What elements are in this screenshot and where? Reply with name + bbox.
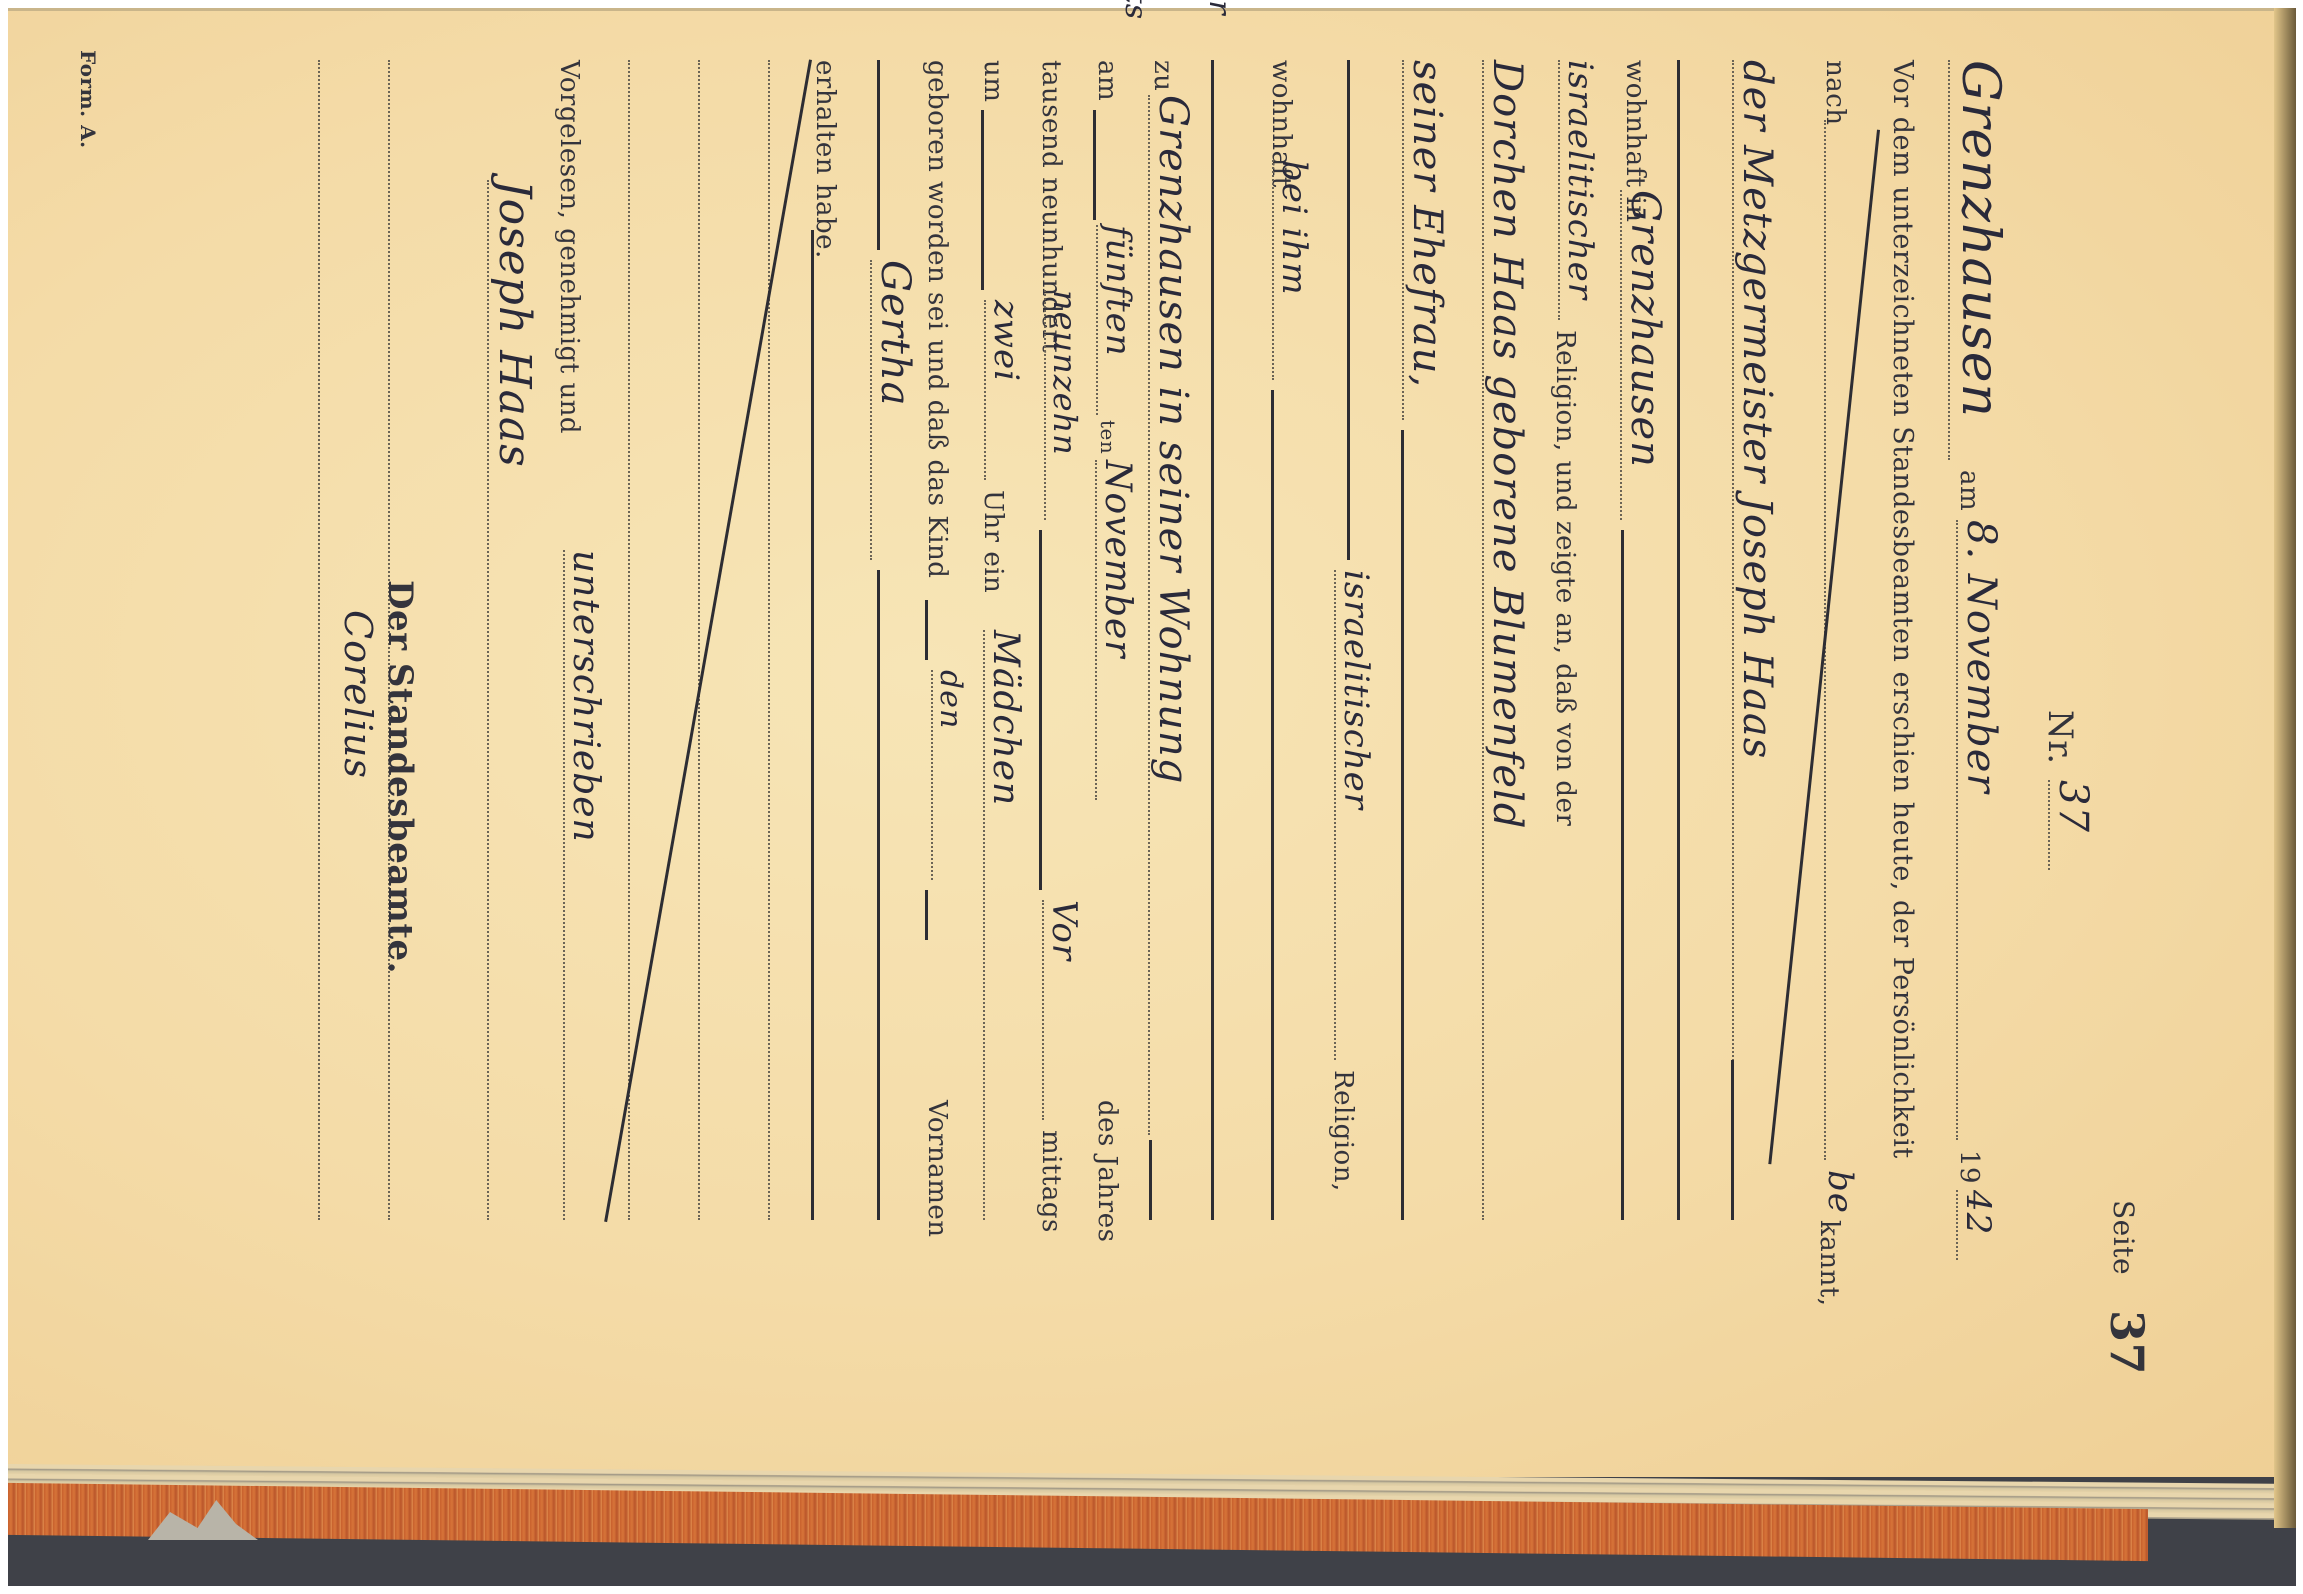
received-statement: erhalten habe. [810, 60, 840, 259]
hour-field: zwei [984, 300, 1026, 480]
date-field: 8. November [1956, 520, 2004, 1140]
place-field: Grenzhausen [1948, 60, 2010, 460]
year-prefix: 19 [1954, 1150, 1984, 1184]
margin-note-2-line: Gemäß Gesetz Nr. 1 des Kontrollrats wird [1072, 0, 1156, 20]
fill-line-full [1211, 60, 1214, 1220]
date-prefix: am [1954, 470, 1984, 511]
birth-place-prefix: zu [1148, 60, 1178, 91]
margin-note-2-line: Höhr-Grenzhausen, den 22. Oktober 1946. [1156, 0, 1240, 20]
fill-line [1621, 530, 1624, 1220]
fill-line [877, 60, 880, 250]
fill-line [1347, 60, 1350, 560]
signed-field: unterschrieben [563, 550, 606, 1220]
born-statement: geboren worden sei und daß das Kind [922, 60, 952, 578]
fill-line [925, 600, 928, 660]
birth-year-field: neunzehn [1044, 290, 1084, 520]
religion-field-1: israelitischer [1558, 60, 1600, 320]
fill-line [1401, 430, 1404, 1220]
margin-note-2-signature-label: Der Standesbeamte: [800, 0, 842, 20]
religion-statement: Religion, und zeigte an, daß von der [1550, 330, 1580, 826]
sex-field: Mädchen [983, 630, 1026, 1220]
margin-note-2-line: der stehende Randvermerk über den [988, 0, 1072, 20]
margin-note-2-line: gelöscht. [862, 0, 904, 20]
birth-month-prefix: ten [1096, 420, 1120, 454]
margin-note-2: Höhr-Grenzhausen, den 22. Oktober 1946. … [716, 0, 1240, 20]
blank-dotline [628, 60, 630, 1220]
child-name-field: Gertha [870, 260, 918, 560]
fill-line [1271, 390, 1274, 1220]
hour-prefix: um [978, 60, 1008, 102]
official-title: Der Standesbeamte. [380, 580, 420, 974]
name-article-field: den [931, 670, 968, 880]
residence2-field: bei ihm [1272, 160, 1314, 380]
identity-label: nach [1820, 60, 1850, 126]
fill-line [877, 570, 880, 1220]
entry-number: 37 [2048, 780, 2096, 870]
spine-shadow [2274, 8, 2296, 1528]
religion-field-2: israelitischer [1334, 570, 1376, 1060]
fill-line [1093, 110, 1096, 220]
margin-note-2-signature: Wer [716, 0, 758, 20]
hour-suffix: Uhr ein [978, 490, 1008, 593]
blank-dotline [318, 60, 320, 1220]
first-names-label: Vornamen [922, 1100, 952, 1238]
year-field: 42 [1956, 1190, 1998, 1260]
official-signature: Corelius [336, 610, 380, 779]
birth-day-prefix: am [1092, 60, 1122, 101]
residence-field: Grenzhausen [1620, 190, 1668, 520]
blank-dotline [698, 60, 700, 1220]
religion-label-2: Religion, [1328, 1070, 1358, 1192]
blank-dotline [768, 60, 770, 1220]
year-label: des Jahres [1092, 1100, 1122, 1242]
birth-month-field: November [1095, 460, 1138, 800]
informant-field: der Metzgermeister Joseph Haas [1732, 60, 1780, 1220]
birth-place-field: Grenzhausen in seiner Wohnung [1148, 95, 1196, 1135]
margin-note-2-line: zusätzlichen Vornamen „Sara“ hiermit [904, 0, 988, 20]
known-handwritten: be [1820, 1170, 1860, 1214]
entry-label: Nr. [2040, 710, 2080, 765]
margin-note-2-signature-sub: Im Vertretung: [758, 0, 800, 20]
fill-line [981, 110, 984, 290]
form-code: Form. A. [76, 50, 100, 149]
birth-day-field: fünften [1096, 225, 1138, 415]
informant-signature: Joseph Haas [487, 180, 540, 1220]
fill-line [1731, 1060, 1734, 1220]
known-suffix: kannt, [1814, 1220, 1844, 1306]
page-number: 37 [2100, 1310, 2154, 1375]
appearance-statement: Vor dem unterzeichneten Standesbeamten e… [1887, 60, 1918, 1159]
rotated-register-entry: Seite 37 Nr. 37 Grenzhausen am 8. Novemb… [30, 20, 2180, 1460]
time-of-day-field: Vor [1042, 900, 1084, 1120]
fill-line-full [1677, 60, 1680, 1220]
fill-line [811, 230, 814, 1220]
fill-line [1149, 1140, 1152, 1220]
mother-relation-field: seiner Ehefrau, [1402, 60, 1450, 420]
mother-field: Dorchen Haas geborene Blumenfeld [1482, 60, 1530, 1220]
fill-line [925, 890, 928, 940]
strike-line-2 [604, 59, 812, 1222]
fill-line [1039, 530, 1042, 890]
page-label: Seite [2107, 1200, 2140, 1275]
read-approved-label: Vorgelesen, genehmigt und [554, 60, 584, 434]
time-suffix: mittags [1036, 1130, 1066, 1233]
